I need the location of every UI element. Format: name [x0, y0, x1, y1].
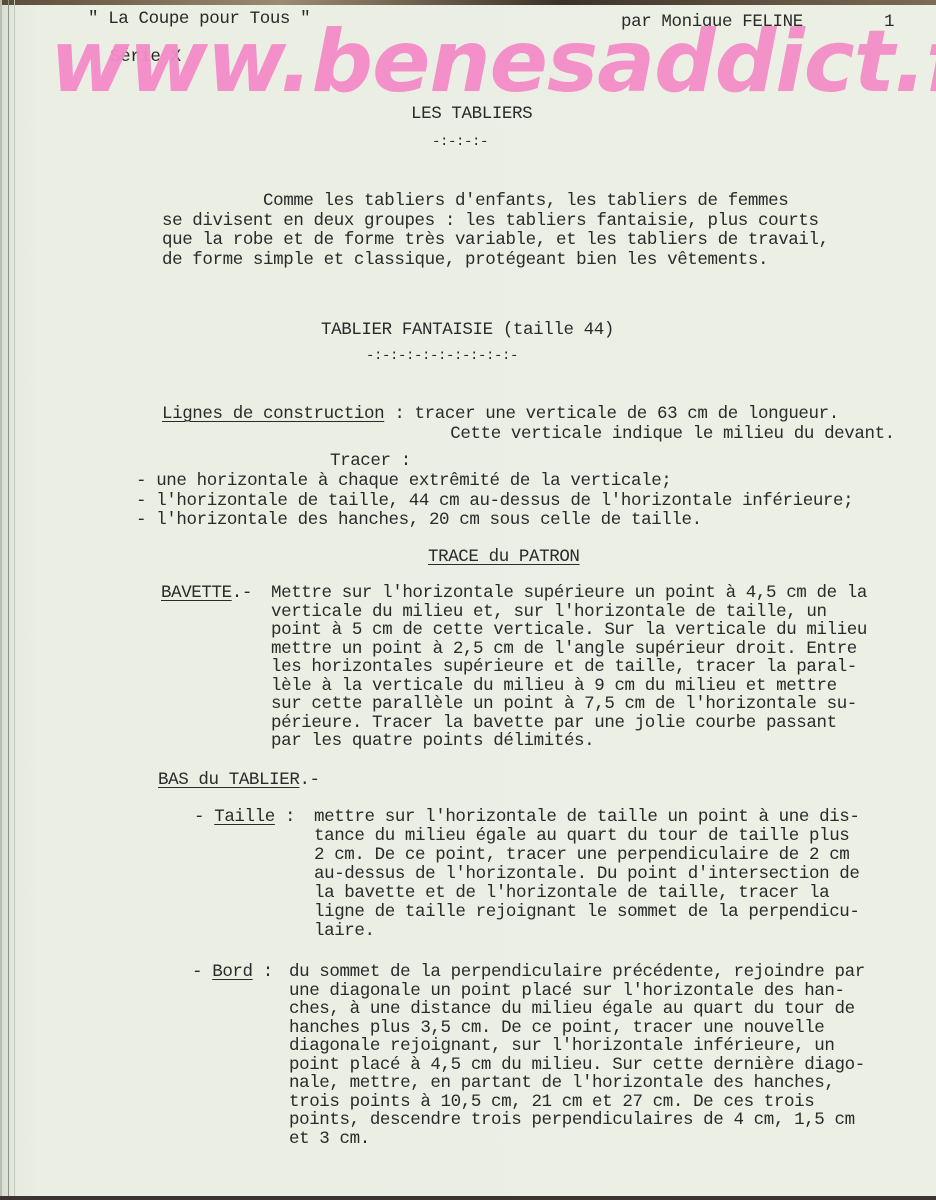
text-line: Comme les tabliers d'enfants, les tablie…: [162, 192, 788, 211]
watermark-text: www.benesaddict.fr: [50, 12, 900, 112]
text-line: que la robe et de forme très variable, e…: [162, 231, 829, 250]
taille-label: Taille: [214, 807, 275, 827]
text-line: verticale du milieu et, sur l'horizontal…: [271, 603, 827, 622]
bas-heading: BAS du TABLIER.-: [158, 771, 320, 790]
text-line: sur cette parallèle un point à 7,5 cm de…: [271, 695, 857, 714]
text-line: laire.: [314, 922, 375, 941]
text-line: au-dessus de l'horizontale. Du point d'i…: [314, 865, 860, 884]
text-line: trois points à 10,5 cm, 21 cm et 27 cm. …: [289, 1093, 814, 1112]
text-line: périeure. Tracer la bavette par une joli…: [271, 714, 837, 733]
text-line: point à 5 cm de cette verticale. Sur la …: [271, 621, 867, 640]
taille-heading: - Taille :: [194, 808, 295, 827]
text-line: ches, à une distance du milieu égale au …: [289, 1000, 855, 1019]
text-line: de forme simple et classique, protégeant…: [162, 251, 768, 270]
page-top-edge: [0, 0, 936, 5]
construction-label: Lignes de construction: [162, 404, 384, 424]
text-line: du sommet de la perpendiculaire précéden…: [289, 963, 865, 982]
text-line: se divisent en deux groupes : les tablie…: [162, 212, 819, 231]
text-line: ligne de taille rejoignant le sommet de …: [314, 903, 860, 922]
construction-line-1: : tracer une verticale de 63 cm de longu…: [384, 404, 839, 424]
text-line: diagonale rejoignant, sur l'horizontale …: [289, 1037, 835, 1056]
page-fold-line: [8, 0, 9, 1200]
text-line: mettre un point à 2,5 cm de l'angle supé…: [271, 640, 857, 659]
text-line: et 3 cm.: [289, 1130, 370, 1149]
title-separator: -:-:-:-: [432, 133, 488, 152]
bavette-suffix: .-: [232, 583, 262, 603]
text-line: lèle à la verticale du milieu à 9 cm du …: [271, 677, 837, 696]
tracer-label: Tracer :: [330, 452, 411, 471]
section-separator: -:-:-:-:-:-:-:-:-:-: [366, 347, 518, 366]
text-line: une diagonale un point placé sur l'horiz…: [289, 982, 845, 1001]
text-line: - l'horizontale de taille, 44 cm au-dess…: [136, 492, 853, 511]
text-line: Mettre sur l'horizontale supérieure un p…: [271, 584, 867, 603]
construction-line-2: Cette verticale indique le milieu du dev…: [420, 425, 895, 444]
bavette-heading: BAVETTE.-: [161, 584, 262, 603]
text-line: 2 cm. De ce point, tracer une perpendicu…: [314, 846, 849, 865]
text-line: la bavette et de l'horizontale de taille…: [314, 884, 829, 903]
page-bottom-edge: [0, 1196, 936, 1200]
section-title: TABLIER FANTAISIE (taille 44): [321, 321, 614, 340]
bord-heading: - Bord :: [192, 963, 273, 982]
text-line: par les quatre points délimités.: [271, 732, 594, 751]
bavette-label: BAVETTE: [161, 583, 232, 603]
text-line: les horizontales supérieure et de taille…: [271, 658, 857, 677]
trace-title: TRACE du PATRON: [428, 548, 580, 567]
page-left-edge: [0, 0, 2, 1200]
page-fold-line-secondary: [14, 0, 15, 1200]
text-line: mettre sur l'horizontale de taille un po…: [314, 808, 860, 827]
text-line: nale, mettre, en partant de l'horizontal…: [289, 1074, 835, 1093]
construction-block: Lignes de construction : tracer une vert…: [162, 405, 839, 424]
bas-suffix: .-: [299, 770, 319, 790]
text-line: points, descendre trois perpendiculaires…: [289, 1111, 855, 1130]
bord-label: Bord: [212, 962, 252, 982]
text-line: point placé à 4,5 cm du milieu. Sur cett…: [289, 1056, 865, 1075]
text-line: tance du milieu égale au quart du tour d…: [314, 827, 849, 846]
text-line: hanches plus 3,5 cm. De ce point, tracer…: [289, 1019, 824, 1038]
bas-label: BAS du TABLIER: [158, 770, 299, 790]
scanned-page: " La Coupe pour Tous " par Monique FELIN…: [0, 0, 936, 1200]
text-line: - une horizontale à chaque extrêmité de …: [136, 472, 671, 491]
text-line: - l'horizontale des hanches, 20 cm sous …: [136, 511, 702, 530]
